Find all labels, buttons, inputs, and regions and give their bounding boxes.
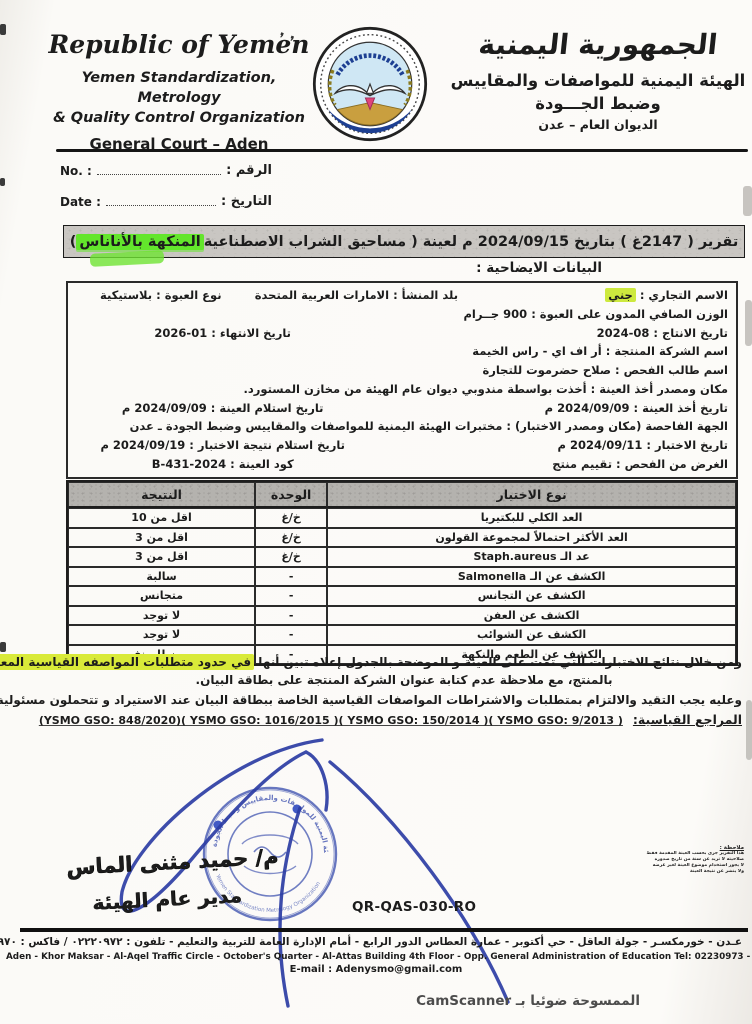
conclusion-line1: ومن خلال نتائج الاختبارات التي تمت على ا… bbox=[66, 654, 742, 672]
scan-artifact bbox=[743, 186, 752, 216]
conclusion-line1-highlight: في حدود متطلبات المواصفه القياسية المعتم… bbox=[0, 654, 254, 670]
scanned-test-report-page: Republic of Yemen Yemen Standardization,… bbox=[0, 0, 752, 1024]
number-field-row: No. : الرقم : bbox=[60, 163, 272, 178]
scan-artifact bbox=[0, 642, 6, 652]
country-name-en: Republic of Yemen bbox=[48, 30, 310, 59]
unit-cell: - bbox=[255, 567, 327, 587]
test-name-cell: العد الكلي للبكتيريا bbox=[327, 508, 736, 528]
date-label-en: Date : bbox=[60, 195, 101, 209]
no-label-en: No. : bbox=[60, 164, 92, 178]
references-text: (YSMO GSO: 848/2020)( YSMO GSO: 1016/201… bbox=[39, 714, 623, 727]
no-blank-line bbox=[97, 164, 221, 175]
info-row: تاريخ الانتاج : 08-2024تاريخ الانتهاء : … bbox=[76, 326, 728, 340]
results-header-unit: الوحدة bbox=[255, 482, 327, 508]
info-field: الجهة الفاحصة (مكان ومصدر الاختبار) : مخ… bbox=[76, 419, 728, 433]
result-cell: اقل من 10 bbox=[68, 508, 255, 528]
test-name-cell: الكشف عن الشوائب bbox=[327, 625, 736, 645]
info-row: تاريخ أخذ العينة : 2024/09/09 متاريخ است… bbox=[76, 401, 728, 415]
scan-artifact bbox=[0, 178, 5, 186]
info-row: الاسم التجاري : جنيبلد المنشأ : الامارات… bbox=[76, 288, 728, 302]
result-cell: اقل من 3 bbox=[68, 547, 255, 567]
org-name-ar-line2: وضبط الجـــودة bbox=[448, 92, 748, 115]
test-name-cell: العد الأكثر احتمالاً لمجموعة القولون bbox=[327, 528, 736, 548]
info-row: الوزن الصافي المدون على العبوة : 900 جــ… bbox=[76, 307, 728, 321]
org-name-ar: الهيئة اليمنية للمواصفات والمقاييس وضبط … bbox=[448, 69, 748, 115]
highlighter-smudge bbox=[90, 250, 165, 267]
conclusion-line2: بالمنتج، مع ملاحظة عدم كتابة عنوان الشرك… bbox=[66, 672, 742, 690]
note-line: ولا ينشر عن نتيجة العينة bbox=[632, 869, 744, 875]
results-table: نوع الاختبارالوحدةالنتيجةالعد الكلي للبك… bbox=[66, 480, 738, 666]
header-arabic: الجمهورية اليمنية الهيئة اليمنية للمواصف… bbox=[448, 28, 748, 132]
footer-divider bbox=[20, 928, 748, 932]
header-divider bbox=[56, 149, 748, 152]
highlighted-value: جني bbox=[605, 288, 636, 302]
results-header-result: النتيجة bbox=[68, 482, 255, 508]
ysmo-emblem-logo bbox=[312, 26, 428, 142]
info-table: الاسم التجاري : جنيبلد المنشأ : الامارات… bbox=[66, 281, 738, 479]
standard-references-line: المراجع القياسية: (YSMO GSO: 848/2020)( … bbox=[66, 712, 742, 727]
info-row: الجهة الفاحصة (مكان ومصدر الاختبار) : مخ… bbox=[76, 419, 728, 433]
info-field: اسم طالب الفحص : صلاح حضرموت للتجارة bbox=[76, 363, 728, 377]
unit-cell: خ/غ bbox=[255, 547, 327, 567]
test-name-cell: الكشف عن التجانس bbox=[327, 586, 736, 606]
test-name-cell: الكشف عن العفن bbox=[327, 606, 736, 626]
report-title-highlight: المنكهة بالأناناس bbox=[76, 234, 203, 250]
info-field: تاريخ الاختبار : 2024/09/11 م bbox=[369, 438, 728, 452]
unit-cell: - bbox=[255, 586, 327, 606]
test-name-cell: عد الـ Staph.aureus bbox=[327, 547, 736, 567]
info-row: تاريخ الاختبار : 2024/09/11 متاريخ استلا… bbox=[76, 438, 728, 452]
unit-cell: - bbox=[255, 625, 327, 645]
info-field: مكان ومصدر أخذ العينة : أخذت بواسطة مندو… bbox=[76, 382, 728, 396]
unit-cell: خ/غ bbox=[255, 508, 327, 528]
info-row: اسم الشركة المنتجة : أر اف اي - راس الخي… bbox=[76, 344, 728, 358]
header-english: Republic of Yemen Yemen Standardization,… bbox=[48, 30, 310, 153]
unit-cell: خ/غ bbox=[255, 528, 327, 548]
unit-cell: - bbox=[255, 606, 327, 626]
info-field: تاريخ الانتهاء : 01-2026 bbox=[76, 326, 369, 340]
country-name-ar: الجمهورية اليمنية bbox=[446, 28, 749, 61]
info-field: تاريخ الانتاج : 08-2024 bbox=[369, 326, 728, 340]
footer-address-ar: عـدن - خورمكسـر - جولة العاقل - حي أكتوب… bbox=[10, 936, 742, 948]
conclusion-line3: وعليه يجب التقيد والالتزام بمتطلبات والا… bbox=[66, 692, 742, 710]
test-name-cell: الكشف عن الـ Salmonella bbox=[327, 567, 736, 587]
info-field: الاسم التجاري : جني bbox=[467, 288, 728, 302]
info-field: كود العينة : B-431-2024 bbox=[76, 457, 369, 471]
info-field: الغرض من الفحص : تقييم منتج bbox=[369, 457, 728, 471]
info-row: مكان ومصدر أخذ العينة : أخذت بواسطة مندو… bbox=[76, 382, 728, 396]
result-cell: متجانس bbox=[68, 586, 255, 606]
report-title-bar: تقرير ( 2147غ ) بتاريخ 2024/09/15 م لعين… bbox=[63, 225, 745, 258]
section-label: البيانات الايضاحية : bbox=[476, 260, 602, 276]
no-label-ar: الرقم : bbox=[226, 163, 272, 178]
date-blank-line bbox=[106, 195, 216, 206]
org-name-en-line2: & Quality Control Organization bbox=[48, 108, 310, 128]
conclusion-line1-text: ومن خلال نتائج الاختبارات التي تمت على ا… bbox=[254, 655, 742, 669]
org-name-en: Yemen Standardization, Metrology & Quali… bbox=[48, 68, 310, 128]
info-field: الوزن الصافي المدون على العبوة : 900 جــ… bbox=[76, 307, 728, 321]
info-row: اسم طالب الفحص : صلاح حضرموت للتجارة bbox=[76, 363, 728, 377]
camscanner-watermark: الممسوحة ضوئيا بـ CamScanner bbox=[416, 993, 640, 1009]
report-title-post: ) bbox=[70, 234, 77, 250]
scan-artifact bbox=[746, 700, 752, 760]
org-name-ar-line1: الهيئة اليمنية للمواصفات والمقاييس bbox=[448, 69, 748, 92]
fine-print-notes: ملاحظة : هذا التقرير جرى بحسب العينة الم… bbox=[632, 845, 744, 875]
conclusion-paragraph: ومن خلال نتائج الاختبارات التي تمت على ا… bbox=[66, 654, 742, 710]
date-field-row: Date : التاريخ : bbox=[60, 194, 272, 209]
document-code: QR-QAS-030-RO bbox=[352, 899, 476, 915]
result-cell: لا توجد bbox=[68, 606, 255, 626]
info-field: تاريخ استلام العينة : 2024/09/09 م bbox=[76, 401, 369, 415]
result-cell: لا توجد bbox=[68, 625, 255, 645]
branch-name-ar: الديوان العام – عدن bbox=[448, 117, 748, 132]
scan-artifact bbox=[745, 300, 752, 346]
date-label-ar: التاريخ : bbox=[221, 194, 272, 209]
footer-email: E-mail : Adenysmo@gmail.com bbox=[0, 964, 752, 975]
result-cell: سالبة bbox=[68, 567, 255, 587]
references-label: المراجع القياسية: bbox=[633, 712, 742, 727]
report-title-pre: تقرير ( 2147غ ) بتاريخ 2024/09/15 م لعين… bbox=[204, 234, 739, 250]
results-header-test: نوع الاختبار bbox=[327, 482, 736, 508]
info-row: الغرض من الفحص : تقييم منتجكود العينة : … bbox=[76, 457, 728, 471]
info-field: اسم الشركة المنتجة : أر اف اي - راس الخي… bbox=[76, 344, 728, 358]
result-cell: اقل من 3 bbox=[68, 528, 255, 548]
info-field: بلد المنشأ : الامارات العربية المتحدة bbox=[246, 288, 468, 302]
info-field: تاريخ أخذ العينة : 2024/09/09 م bbox=[369, 401, 728, 415]
footer-address-en: Aden - Khor Maksar - Al-Aqel Traffic Cir… bbox=[6, 952, 746, 962]
org-name-en-line1: Yemen Standardization, Metrology bbox=[48, 68, 310, 108]
info-field: تاريخ استلام نتيجة الاختبار : 2024/09/19… bbox=[76, 438, 369, 452]
scan-artifact bbox=[0, 24, 6, 35]
notes-lines: هذا التقرير جرى بحسب العينة المقدمة فقطص… bbox=[632, 851, 744, 875]
info-field: نوع العبوة : بلاستيكية bbox=[76, 288, 246, 302]
